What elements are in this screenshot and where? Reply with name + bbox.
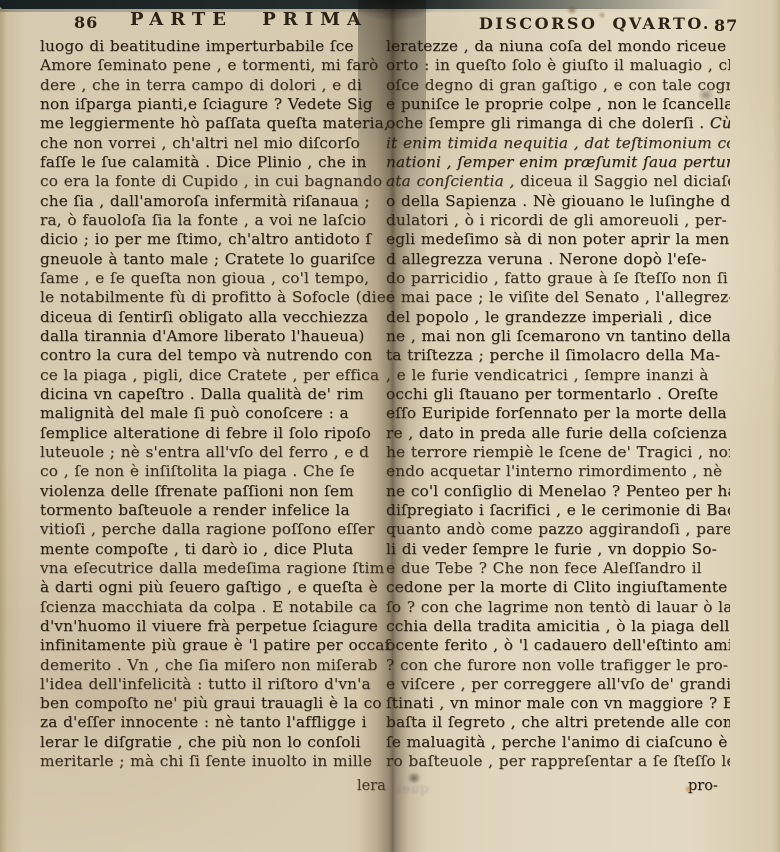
right-page-text: leratezze , da niuna coſa del mondo rice… xyxy=(386,37,730,773)
text-line: za d'eſſer innocente : nè tanto l'afflig… xyxy=(40,713,392,732)
text-line: cedone per la morte di Clito ingiuſtamen… xyxy=(386,578,730,597)
text-line: faſſe le ſue calamità . Dice Plinio , ch… xyxy=(40,153,392,172)
text-line: occhi gli ſtauano per tormentarlo . Oreſ… xyxy=(386,385,730,404)
text-line: e puniſce le proprie colpe , non le ſcan… xyxy=(386,95,730,114)
text-line: vitioſi , perche dalla ragione poſſono e… xyxy=(40,520,392,539)
text-line: contro la cura del tempo và nutrendo con xyxy=(40,346,392,365)
text-line: meritarle ; mà chi ſi ſente inuolto in m… xyxy=(40,752,392,771)
right-page-catchword: pro- xyxy=(688,778,718,794)
left-running-title: PARTE PRIMA xyxy=(130,9,368,30)
text-line: egli medeſimo sà di non poter aprir la m… xyxy=(386,230,730,249)
text-line: diſpregiato i ſacrifici , e le cerimonie… xyxy=(386,501,730,520)
latin-italic-text: Cùm xyxy=(710,114,730,132)
text-line: che ſia , dall'amoroſa infermità riſanau… xyxy=(40,192,392,211)
text-line: leratezze , da niuna coſa del mondo rice… xyxy=(386,37,730,56)
left-page-catchword: lera xyxy=(357,778,386,794)
right-page-number: 87 xyxy=(714,16,738,35)
text-line: non iſparga pianti,e ſciagure ? Vedete S… xyxy=(40,95,392,114)
text-line: gneuole à tanto male ; Cratete lo guariſ… xyxy=(40,250,392,269)
text-line: infinitamente più graue è 'l patire per … xyxy=(40,636,392,655)
text-line: ben compoſto ne' più graui trauagli è la… xyxy=(40,694,392,713)
text-line: d allegrezza veruna . Nerone dopò l'eſe- xyxy=(386,250,730,269)
right-running-title: DISCORSO QVARTO. xyxy=(479,14,711,33)
text-line: oſce degno di gran gaſtigo , e con tale … xyxy=(386,76,730,95)
text-line: he terrore riempiè le ſcene de' Tragici … xyxy=(386,443,730,462)
text-line: le notabilmente fù di profitto à Sofocle… xyxy=(40,288,392,307)
text-line: ſo ? con che lagrime non tentò di lauar … xyxy=(386,598,730,617)
text-line: oche ſempre gli rimanga di che dolerſi .… xyxy=(386,114,730,133)
text-line: nationi , ſemper enim præſumit ſaua pert… xyxy=(386,153,730,172)
text-line: ro baſteuole , per rappreſentar a ſe ſte… xyxy=(386,752,730,771)
text-line: ta triſtezza ; perche il ſimolacro della… xyxy=(386,346,730,365)
text-line: lerar le diſgratie , che più non lo conſ… xyxy=(40,733,392,752)
text-line: malignità del male ſi può conoſcere : a xyxy=(40,404,392,423)
text-line: e due Tebe ? Che non fece Aleſſandro il xyxy=(386,559,730,578)
left-page-text: luogo di beatitudine imperturbabile ſceA… xyxy=(40,37,392,773)
text-line: e mai pace ; le viſite del Senato , l'al… xyxy=(386,288,730,307)
text-line: ocente ferito , ò 'l cadauero dell'eſtin… xyxy=(386,636,730,655)
text-line: tormento baſteuole a render infelice la xyxy=(40,501,392,520)
text-line: e viſcere , per correggere all'vſo de' g… xyxy=(386,675,730,694)
text-line: che non vorrei , ch'altri nel mio diſcor… xyxy=(40,134,392,153)
text-line: dicina vn capeſtro . Dalla qualità de' r… xyxy=(40,385,392,404)
text-line: cchia della tradita amicitia , ò la piag… xyxy=(386,617,730,636)
text-line: del popolo , le grandezze imperiali , di… xyxy=(386,308,730,327)
text-line: dulatori , ò i ricordi de gli amoreuoli … xyxy=(386,211,730,230)
book-scan-page-spread: 86 PARTE PRIMA luogo di beatitudine impe… xyxy=(0,0,780,852)
text-line: Amore ſeminato pene , e tormenti, mi far… xyxy=(40,56,392,75)
text-line: dalla tirannia d'Amore liberato l'haueua… xyxy=(40,327,392,346)
text-line: quanto andò come pazzo aggirandoſi , par… xyxy=(386,520,730,539)
text-line: vna eſecutrice dalla medeſima ragione ſt… xyxy=(40,559,392,578)
text-line: ata conſcientia , diceua il Saggio nel d… xyxy=(386,172,730,191)
body-text: diceua il Saggio nel diciaſet- xyxy=(515,172,730,190)
text-line: , e le furie vendicatrici , ſempre inanz… xyxy=(386,366,730,385)
scan-top-edge xyxy=(0,0,726,9)
text-line: ce la piaga , pigli, dice Cratete , per … xyxy=(40,366,392,385)
text-line: endo acquetar l'interno rimordimento , n… xyxy=(386,462,730,481)
text-line: co , ſe non è inſiſtolita la piaga . Che… xyxy=(40,462,392,481)
text-line: ſame , e ſe queſta non gioua , co'l temp… xyxy=(40,269,392,288)
show-through-ghost-text: quei xyxy=(396,782,429,797)
text-line: dicio ; io per me ſtimo, ch'altro antido… xyxy=(40,230,392,249)
text-line: orto : in queſto ſolo è giuſto il maluag… xyxy=(386,56,730,75)
text-line: dere , che in terra campo di dolori , e … xyxy=(40,76,392,95)
text-line: it enim timida nequitia , dat teſtimoniu… xyxy=(386,134,730,153)
latin-italic-text: nationi , ſemper enim præſumit ſaua pert… xyxy=(386,153,730,171)
text-line: li di veder ſempre le furie , vn doppio … xyxy=(386,540,730,559)
text-line: me leggiermente hò paſſata queſta materi… xyxy=(40,114,392,133)
text-line: d'vn'huomo il viuere frà perpetue ſciagu… xyxy=(40,617,392,636)
text-line: ne , mai non gli ſcemarono vn tantino de… xyxy=(386,327,730,346)
text-line: diceua di ſentirſi obligato alla vecchie… xyxy=(40,308,392,327)
text-line: luteuole ; nè s'entra all'vſo del ferro … xyxy=(40,443,392,462)
text-line: re , dato in preda alle furie della coſc… xyxy=(386,424,730,443)
text-line: do parricidio , fatto graue à ſe ſteſſo … xyxy=(386,269,730,288)
text-line: ? con che furore non volle trafigger le … xyxy=(386,656,730,675)
text-line: luogo di beatitudine imperturbabile ſce xyxy=(40,37,392,56)
latin-italic-text: ata conſcientia , xyxy=(386,172,515,190)
text-line: co era la fonte di Cupido , in cui bagna… xyxy=(40,172,392,191)
text-line: violenza delle ſfrenate paſſioni non ſem xyxy=(40,482,392,501)
text-line: o della Sapienza . Nè giouano le luſingh… xyxy=(386,192,730,211)
text-line: demerito . Vn , che ſia miſero non miſer… xyxy=(40,656,392,675)
text-line: baſta il ſegreto , che altri pretende al… xyxy=(386,713,730,732)
text-line: ſemplice alteratione di febre il ſolo ri… xyxy=(40,424,392,443)
text-line: à darti ogni più ſeuero gaſtigo , e queſ… xyxy=(40,578,392,597)
text-line: l'idea dell'infelicità : tutto il riſtor… xyxy=(40,675,392,694)
text-line: ne co'l conſiglio di Menelao ? Penteo pe… xyxy=(386,482,730,501)
text-line: ra, ò fauoloſa ſia la fonte , a voi ne l… xyxy=(40,211,392,230)
latin-italic-text: it enim timida nequitia , dat teſtimoniu… xyxy=(386,134,730,152)
text-line: ſcienza macchiata da colpa . E notabile … xyxy=(40,598,392,617)
text-line: ſe maluagità , perche l'animo di ciaſcun… xyxy=(386,733,730,752)
text-line: mente compoſte , ti darò io , dice Pluta xyxy=(40,540,392,559)
left-page-number: 86 xyxy=(74,13,98,32)
body-text: oche ſempre gli rimanga di che dolerſi . xyxy=(386,114,710,132)
text-line: ſtinati , vn minor male con vn maggiore … xyxy=(386,694,730,713)
text-line: eſſo Euripide forſennato per la morte de… xyxy=(386,404,730,423)
